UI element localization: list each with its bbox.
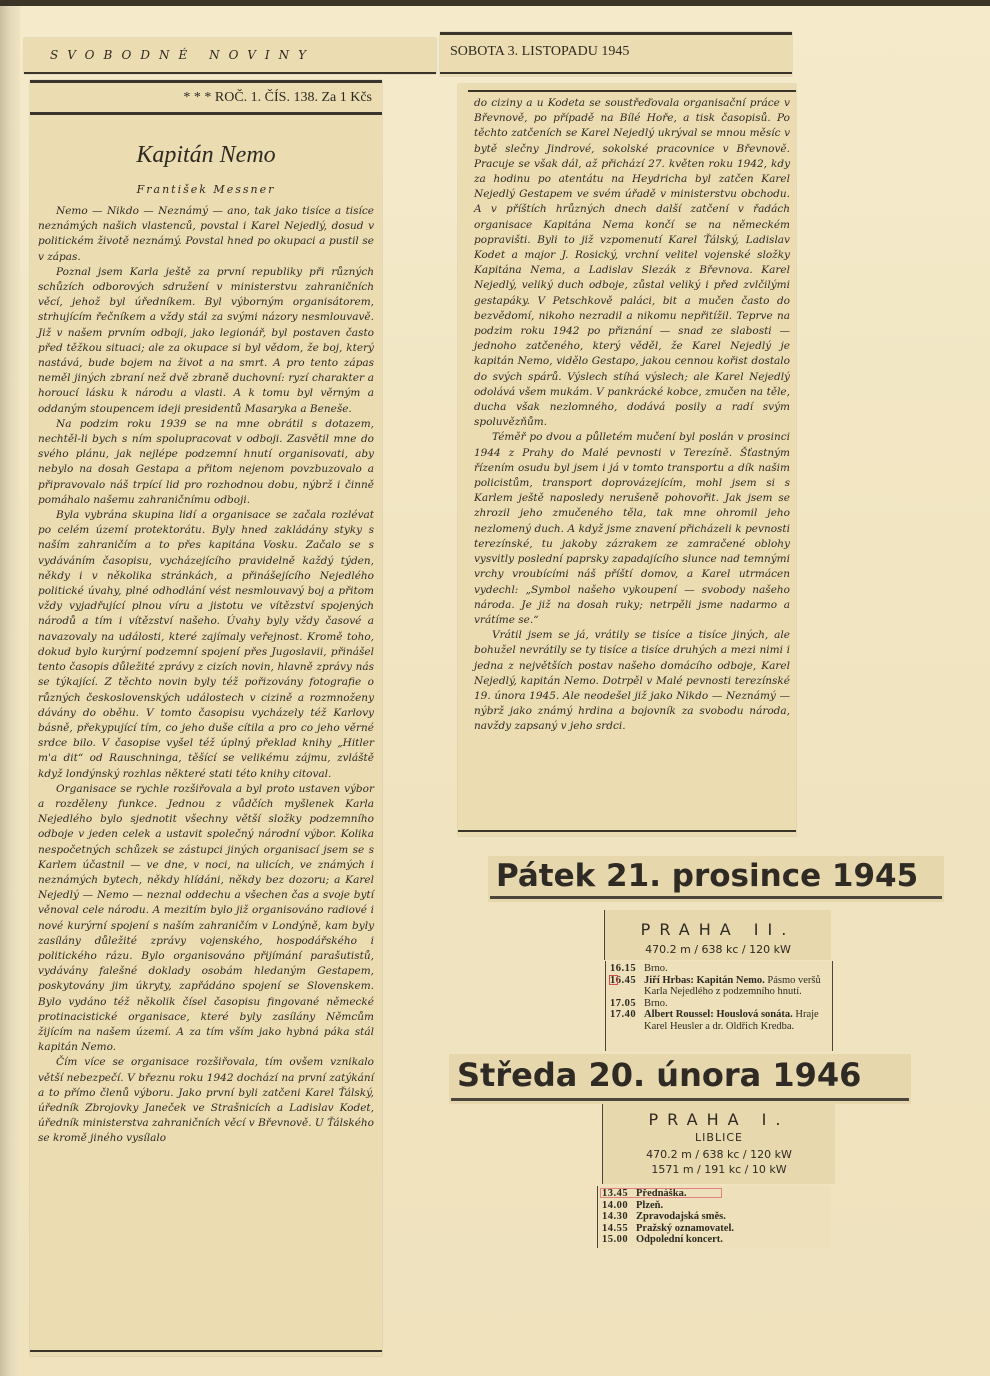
article-clipping-part-1: * * * ROČ. 1. ČÍS. 138. Za 1 Kčs Kapitán… (30, 80, 382, 1356)
divider (30, 1350, 382, 1352)
scan-top-edge (0, 0, 990, 6)
divider (468, 90, 796, 92)
program-title: Brno. (644, 998, 828, 1010)
article-body-right: do ciziny a u Kodeta se soustřeďovala or… (474, 96, 790, 735)
station-header-praha-2: PRAHA II. 470.2 m / 638 kc / 120 kW (604, 910, 831, 960)
program-row: 14.00 Plzeň. (602, 1200, 826, 1212)
newspaper-name: SVOBODNÉ NOVINY (50, 48, 315, 62)
program-row: 14.30 Zpravodajská směs. (602, 1211, 826, 1223)
program-row: 17.05 Brno. (610, 998, 828, 1010)
banner-date: Pátek 21. prosince 1945 (496, 858, 918, 894)
divider (458, 830, 796, 832)
paragraph: do ciziny a u Kodeta se soustřeďovala or… (474, 96, 790, 430)
newspaper-date: SOBOTA 3. LISTOPADU 1945 (450, 44, 629, 60)
program-row: 14.55 Pražský oznamovatel. (602, 1223, 826, 1235)
paragraph: Byla vybrána skupina lidí a organisace s… (38, 508, 374, 782)
program-time: 14.00 (602, 1200, 636, 1212)
page-binding-edge (0, 0, 20, 1376)
issue-line: * * * ROČ. 1. ČÍS. 138. Za 1 Kčs (183, 90, 372, 106)
station-frequency: 470.2 m / 638 kc / 120 kW (603, 1148, 835, 1161)
program-row: 16.45 Jiří Hrbas: Kapitán Nemo. Pásmo ve… (610, 975, 828, 998)
program-row: 15.00 Odpolední koncert. (602, 1234, 826, 1246)
date-masthead-clipping: SOBOTA 3. LISTOPADU 1945 (440, 32, 792, 76)
station-name: PRAHA II. (605, 920, 831, 939)
program-title: Jiří Hrbas: Kapitán Nemo. (644, 975, 765, 986)
station-frequency: 1571 m / 191 kc / 10 kW (603, 1163, 835, 1176)
program-title: Albert Roussel: Houslová sonáta. (644, 1009, 793, 1020)
divider (30, 80, 382, 83)
program-time: 15.00 (602, 1234, 636, 1246)
program-title: Plzeň. (636, 1200, 826, 1212)
divider (451, 1098, 909, 1101)
article-clipping-part-2: do ciziny a u Kodeta se soustřeďovala or… (458, 84, 796, 836)
divider (440, 32, 792, 35)
date-banner-1945: Pátek 21. prosince 1945 (488, 856, 944, 902)
program-title: Zpravodajská směs. (636, 1211, 826, 1223)
banner-date: Středa 20. února 1946 (457, 1056, 861, 1094)
article-body-left: Nemo — Nikdo — Neznámý — ano, tak jako t… (38, 204, 374, 1147)
article-title: Kapitán Nemo (30, 142, 382, 169)
program-time: 17.05 (610, 998, 644, 1010)
program-list-1946: 13.45 Přednáška. 14.00 Plzeň. 14.30 Zpra… (597, 1186, 830, 1248)
paragraph: Organisace se rychle rozšiřovala a byl p… (38, 782, 374, 1056)
pencil-mark (600, 1188, 722, 1198)
divider (490, 896, 942, 899)
program-row: 16.15 Brno. (610, 963, 828, 975)
article-author: František Messner (30, 183, 382, 196)
station-name: PRAHA I. (603, 1110, 835, 1129)
pencil-mark (609, 975, 618, 985)
paragraph: Téměř po dvou a půlletém mučení byl posl… (474, 430, 790, 628)
program-row: 17.40 Albert Roussel: Houslová sonáta. H… (610, 1009, 828, 1032)
paragraph: Čím více se organisace rozšiřovala, tím … (38, 1055, 374, 1146)
paragraph: Nemo — Nikdo — Neznámý — ano, tak jako t… (38, 204, 374, 265)
station-location: LIBLICE (603, 1131, 835, 1144)
program-time: 17.40 (610, 1009, 644, 1032)
program-title: Odpolední koncert. (636, 1234, 826, 1246)
program-list-1945: 16.15 Brno. 16.45 Jiří Hrbas: Kapitán Ne… (605, 961, 833, 1051)
program-time: 16.15 (610, 963, 644, 975)
station-header-praha-1: PRAHA I. LIBLICE 470.2 m / 638 kc / 120 … (602, 1104, 835, 1184)
date-banner-1946: Středa 20. února 1946 (449, 1054, 911, 1104)
scrapbook-page: SVOBODNÉ NOVINY * * * ROČ. 1. ČÍS. 138. … (0, 0, 990, 1376)
program-title: Pražský oznamovatel. (636, 1223, 826, 1235)
paragraph: Poznal jsem Karla ještě za první republi… (38, 265, 374, 417)
program-title: Brno. (644, 963, 828, 975)
divider (30, 112, 382, 115)
paragraph: Vrátil jsem se já, vrátily se tisíce a t… (474, 628, 790, 734)
station-frequency: 470.2 m / 638 kc / 120 kW (605, 943, 831, 956)
divider (24, 72, 436, 74)
paragraph: Na podzim roku 1939 se na mne obrátil s … (38, 417, 374, 508)
program-time: 14.55 (602, 1223, 636, 1235)
program-time: 14.30 (602, 1211, 636, 1223)
divider (440, 72, 792, 74)
newspaper-masthead-clipping: SVOBODNÉ NOVINY (24, 38, 436, 74)
